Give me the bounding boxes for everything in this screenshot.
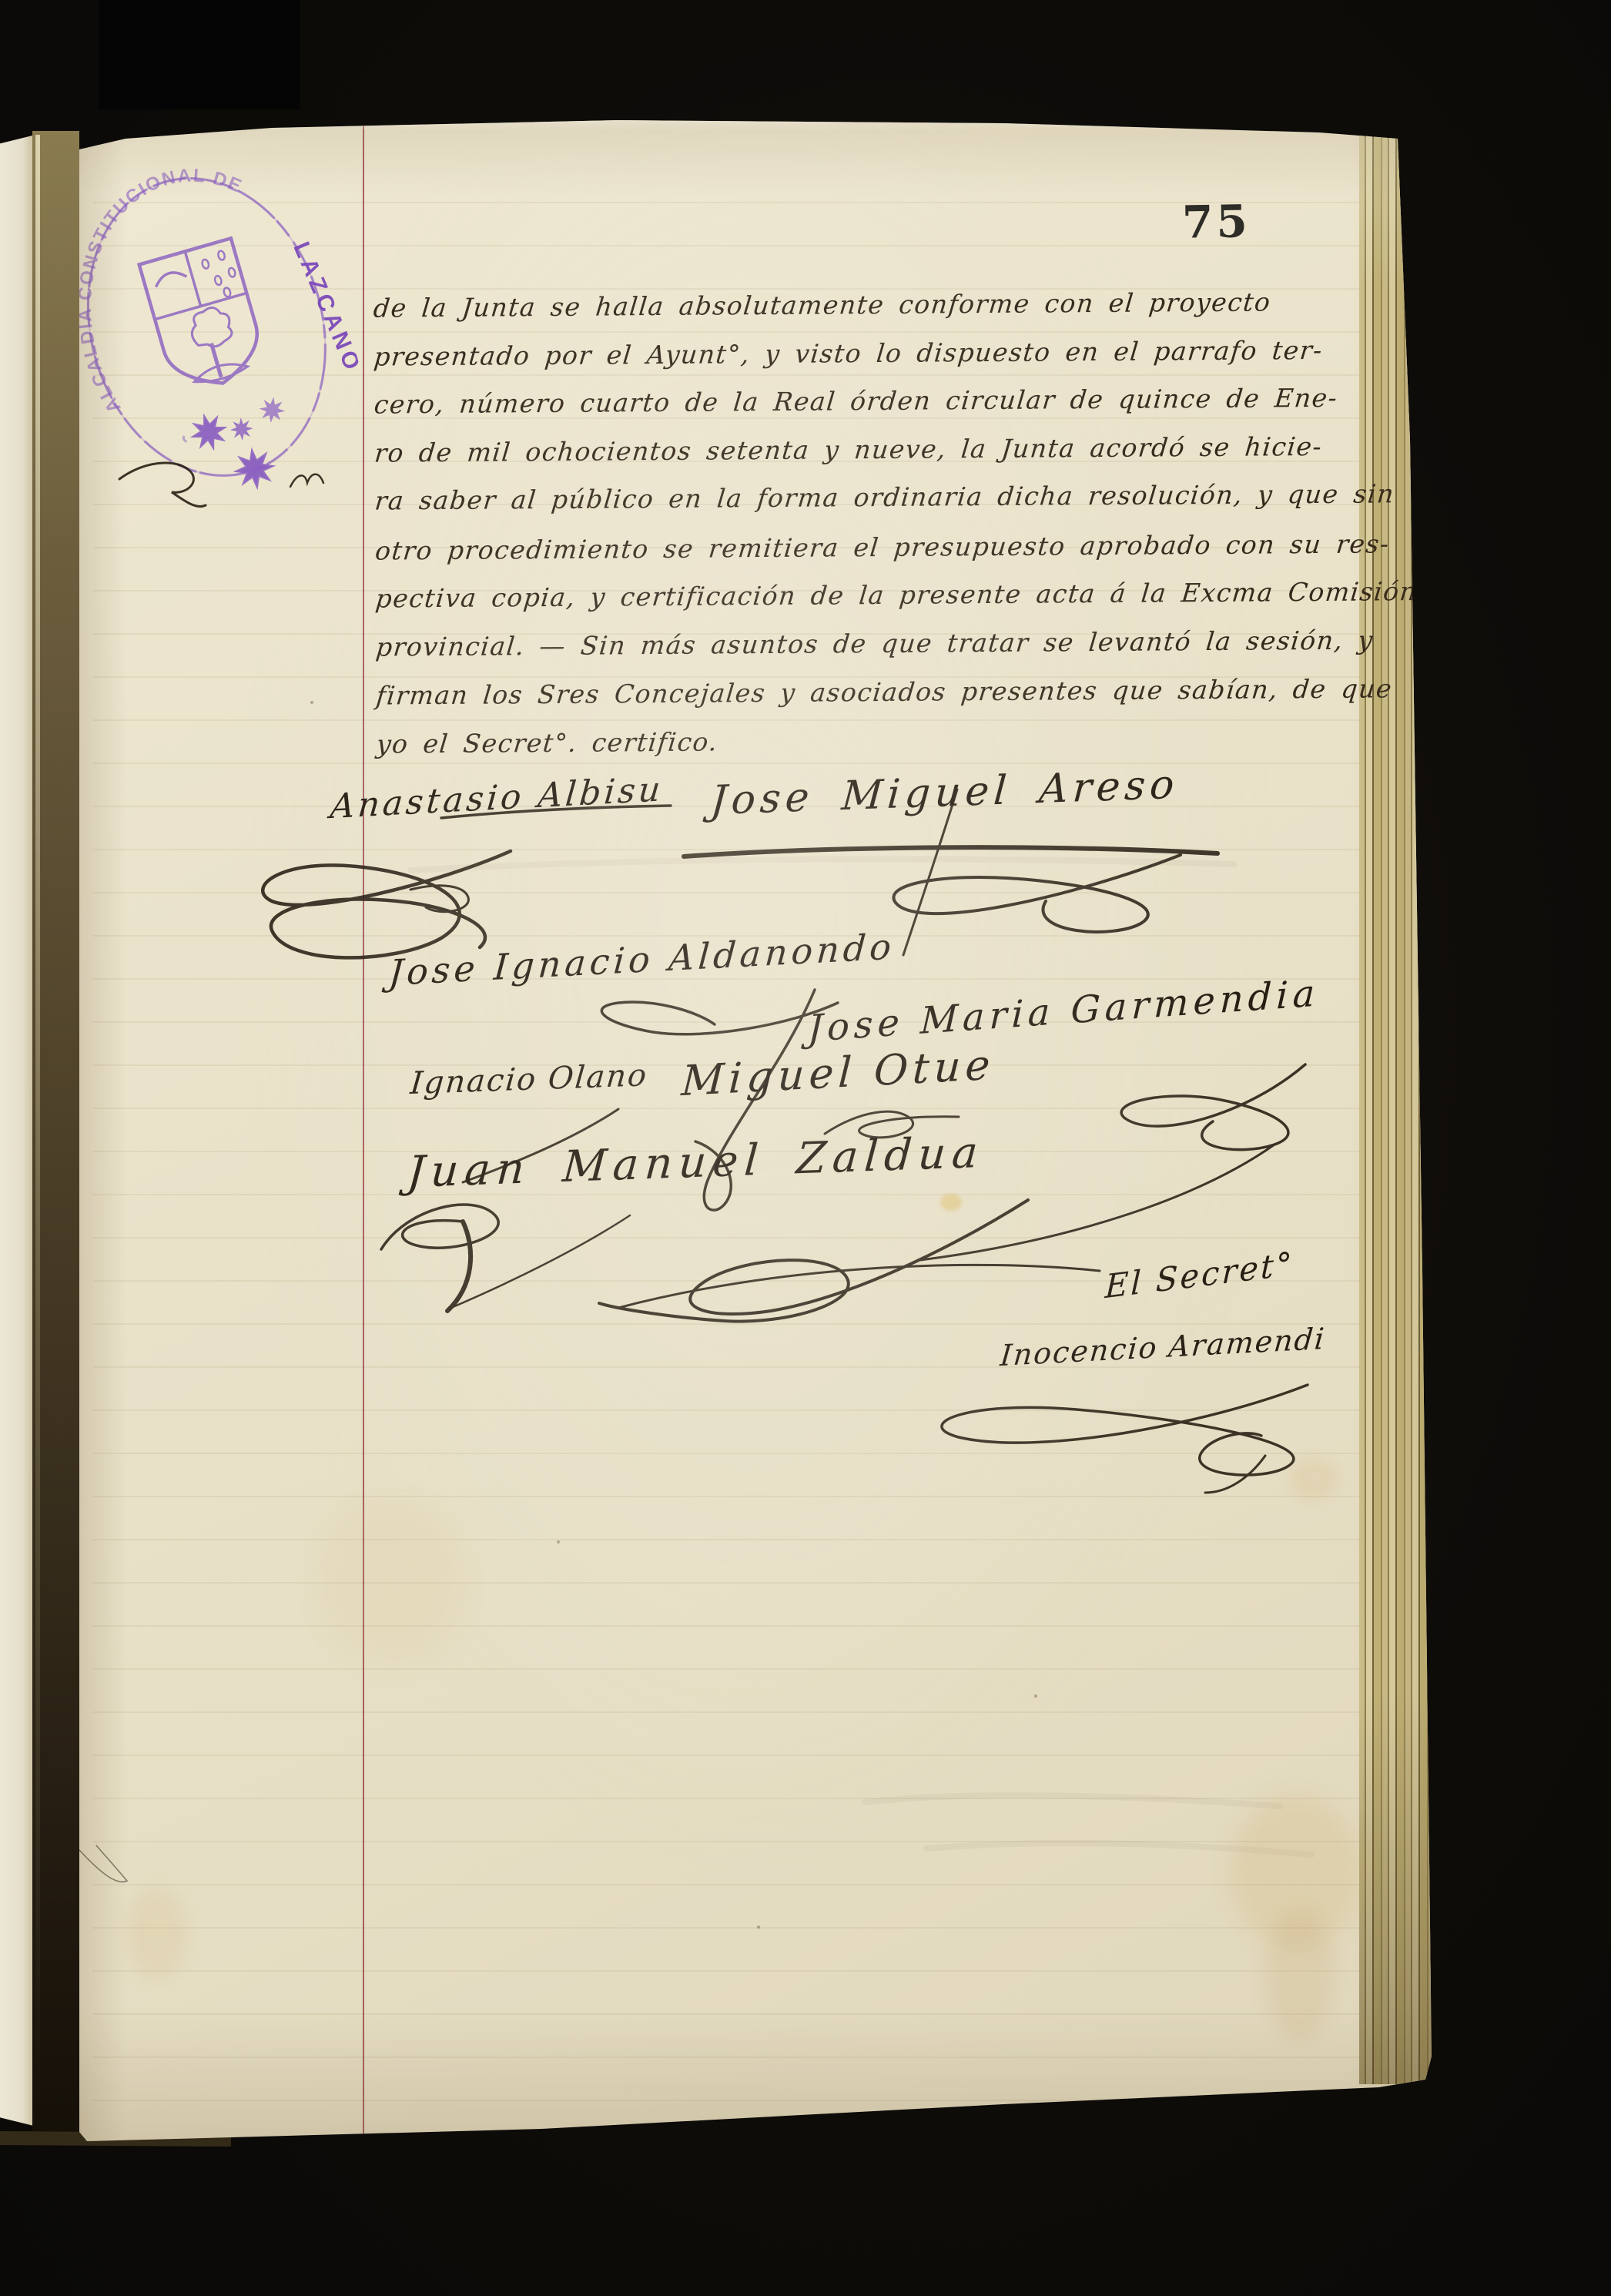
municipal-stamp: ALCALDIA CONSTITUCIONAL DE LAZCANO	[31, 126, 387, 536]
signature-juan-manuel-zaldua: Juan Manuel Zaldua	[406, 1128, 986, 1198]
stamp-town-name: LAZCANO	[288, 238, 366, 377]
manuscript-body: de la Junta se halla absolutamente confo…	[373, 286, 1382, 293]
manuscript-line-5: ra saber al público en la forma ordinari…	[373, 478, 1396, 515]
stamp-coat-of-arms	[139, 238, 269, 396]
scanner-background-patch	[99, 0, 300, 109]
signature-ignacio-olano: Ignacio Olano	[409, 1058, 649, 1101]
manuscript-line-8: provincial. — Sin más asuntos de que tra…	[374, 625, 1375, 662]
paper-stain	[1231, 1795, 1361, 1949]
signature-inocencio-aramendi: Inocencio Aramendi	[999, 1322, 1327, 1373]
paper-stain	[940, 1194, 962, 1211]
paper-speck	[1034, 1694, 1037, 1698]
scanned-book-photograph: 75 ALCALDIA CONSTITUCIONAL DE LAZCANO	[0, 0, 1611, 2296]
manuscript-page: 75 ALCALDIA CONSTITUCIONAL DE LAZCANO	[79, 116, 1431, 2149]
paper-stain	[1265, 1910, 1335, 2041]
page-stack-fore-edge	[1359, 132, 1432, 2084]
secretary-title: El Secret°	[1104, 1245, 1294, 1306]
paper-stain	[1288, 1457, 1339, 1500]
signature-jose-maria-garmendia: Jose Maria Garmendia	[807, 971, 1320, 1051]
stamp-stars	[189, 389, 307, 500]
facing-page-edge	[0, 136, 32, 2133]
paper-speck	[310, 701, 313, 704]
paper-speck	[557, 1540, 560, 1544]
manuscript-line-4: ro de mil ochocientos setenta y nueve, l…	[373, 431, 1325, 468]
manuscript-line-1: de la Junta se halla absolutamente confo…	[372, 287, 1272, 323]
gutter-highlight	[35, 135, 40, 2107]
manuscript-line-10: yo el Secret°. certifico.	[375, 726, 719, 759]
stamp-oval-border	[54, 150, 359, 504]
signature-miguel-otue: Miguel Otue	[680, 1041, 996, 1106]
signature-jose-miguel-areso: Jose Miguel Areso	[709, 762, 1181, 824]
manuscript-line-6: otro procedimiento se remitiera el presu…	[373, 528, 1391, 565]
manuscript-line-7: pectiva copia, y certificación de la pre…	[374, 576, 1419, 613]
manuscript-line-3: cero, número cuarto de la Real órden cir…	[373, 383, 1339, 420]
paper-stain	[126, 1887, 187, 1979]
signature-jose-ignacio-aldanondo: Jose Ignacio Aldanondo	[387, 925, 896, 994]
paper-speck	[757, 1926, 760, 1929]
signature-anastasio-albisu: Anastasio Albisu	[329, 769, 665, 826]
page-number: 75	[1181, 195, 1251, 249]
paper-stain	[320, 1498, 466, 1660]
manuscript-line-2: presentado por el Ayunt°, y visto lo dis…	[373, 335, 1325, 372]
manuscript-line-9: firman los Sres Concejales y asociados p…	[375, 673, 1394, 710]
